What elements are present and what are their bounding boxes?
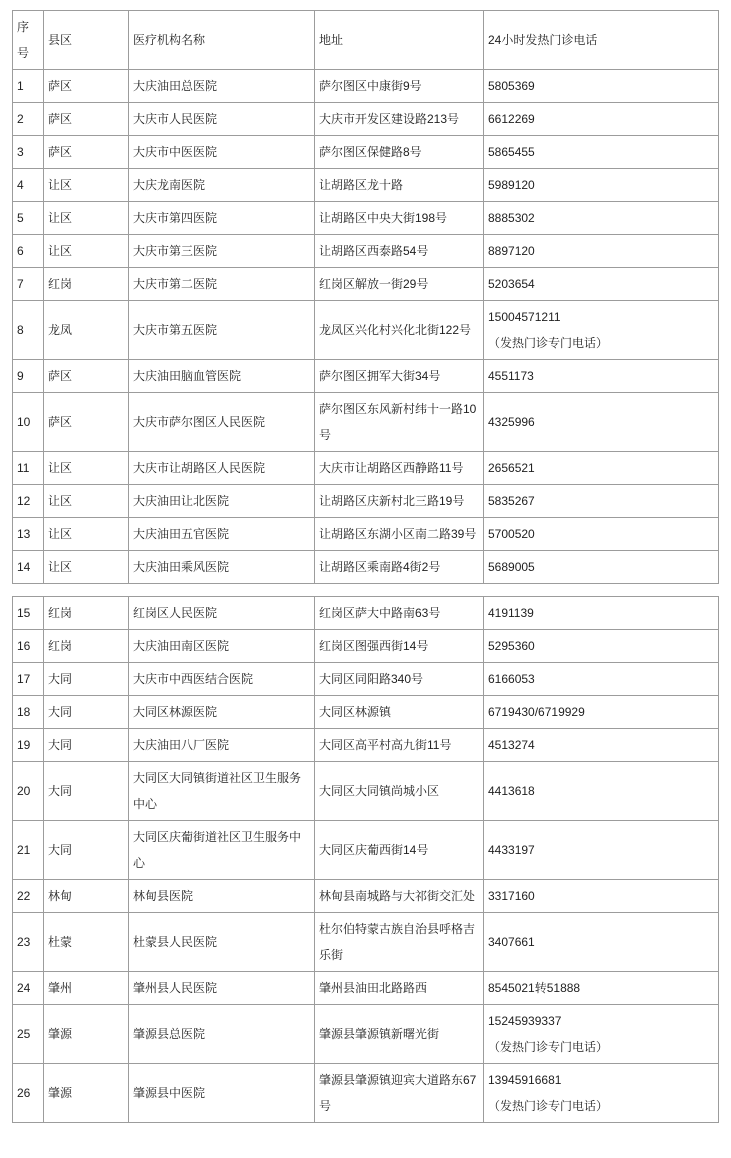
- phone-cell: 13945916681（发热门诊专门电话）: [484, 1064, 719, 1123]
- hospital-name-cell: 大庆油田让北医院: [129, 485, 315, 518]
- district-cell: 林甸: [44, 880, 129, 913]
- address-cell: 萨尔图区保健路8号: [315, 136, 484, 169]
- hospital-name-cell: 大庆市第四医院: [129, 202, 315, 235]
- phone-cell: 6166053: [484, 663, 719, 696]
- address-cell: 大庆市让胡路区西静路11号: [315, 452, 484, 485]
- address-cell: 让胡路区庆新村北三路19号: [315, 485, 484, 518]
- table-row: 18大同大同区林源医院大同区林源镇6719430/6719929: [13, 696, 719, 729]
- district-cell: 让区: [44, 202, 129, 235]
- table-row: 10萨区大庆市萨尔图区人民医院萨尔图区东风新村纬十一路10号4325996: [13, 393, 719, 452]
- hospital-name-cell: 大庆市中医医院: [129, 136, 315, 169]
- table-row: 15红岗红岗区人民医院红岗区萨大中路南63号4191139: [13, 597, 719, 630]
- district-cell: 萨区: [44, 103, 129, 136]
- address-cell: 红岗区解放一街29号: [315, 268, 484, 301]
- phone-cell: 5865455: [484, 136, 719, 169]
- hospital-name-cell: 大庆市让胡路区人民医院: [129, 452, 315, 485]
- phone-cell: 4433197: [484, 821, 719, 880]
- serial-cell: 17: [13, 663, 44, 696]
- serial-cell: 23: [13, 913, 44, 972]
- address-cell: 红岗区萨大中路南63号: [315, 597, 484, 630]
- table-row: 7红岗大庆市第二医院红岗区解放一街29号5203654: [13, 268, 719, 301]
- serial-cell: 25: [13, 1005, 44, 1064]
- fever-clinic-table-lower: 15红岗红岗区人民医院红岗区萨大中路南63号419113916红岗大庆油田南区医…: [12, 596, 719, 1123]
- address-cell: 杜尔伯特蒙古族自治县呼格吉乐街: [315, 913, 484, 972]
- table-row: 23杜蒙杜蒙县人民医院杜尔伯特蒙古族自治县呼格吉乐街3407661: [13, 913, 719, 972]
- hospital-name-cell: 大庆油田乘风医院: [129, 551, 315, 584]
- table-row: 19大同大庆油田八厂医院大同区高平村高九街11号4513274: [13, 729, 719, 762]
- hospital-name-cell: 肇源县中医院: [129, 1064, 315, 1123]
- address-cell: 萨尔图区东风新村纬十一路10号: [315, 393, 484, 452]
- phone-cell: 8897120: [484, 235, 719, 268]
- table-row: 22林甸林甸县医院林甸县南城路与大祁街交汇处3317160: [13, 880, 719, 913]
- serial-cell: 6: [13, 235, 44, 268]
- phone-cell: 3407661: [484, 913, 719, 972]
- phone-number: 15004571211: [488, 304, 714, 330]
- address-cell: 肇源县肇源镇迎宾大道路东67号: [315, 1064, 484, 1123]
- district-cell: 让区: [44, 169, 129, 202]
- address-cell: 红岗区图强西街14号: [315, 630, 484, 663]
- serial-cell: 4: [13, 169, 44, 202]
- phone-cell: 4191139: [484, 597, 719, 630]
- serial-cell: 10: [13, 393, 44, 452]
- table-row: 3萨区大庆市中医医院萨尔图区保健路8号5865455: [13, 136, 719, 169]
- hospital-name-cell: 大庆市第三医院: [129, 235, 315, 268]
- serial-cell: 15: [13, 597, 44, 630]
- serial-cell: 14: [13, 551, 44, 584]
- district-cell: 红岗: [44, 597, 129, 630]
- phone-cell: 5835267: [484, 485, 719, 518]
- address-cell: 大同区大同镇尚城小区: [315, 762, 484, 821]
- hospital-name-cell: 杜蒙县人民医院: [129, 913, 315, 972]
- district-cell: 让区: [44, 235, 129, 268]
- hospital-name-cell: 大庆市第五医院: [129, 301, 315, 360]
- table-row: 5让区大庆市第四医院让胡路区中央大街198号8885302: [13, 202, 719, 235]
- address-cell: 让胡路区乘南路4街2号: [315, 551, 484, 584]
- phone-cell: 6719430/6719929: [484, 696, 719, 729]
- phone-cell: 8545021转51888: [484, 972, 719, 1005]
- table-row: 16红岗大庆油田南区医院红岗区图强西街14号5295360: [13, 630, 719, 663]
- table-row: 2萨区大庆市人民医院大庆市开发区建设路213号6612269: [13, 103, 719, 136]
- serial-cell: 11: [13, 452, 44, 485]
- hospital-name-cell: 大同区庆葡街道社区卫生服务中心: [129, 821, 315, 880]
- fever-clinic-table-upper: 序号 县区 医疗机构名称 地址 24小时发热门诊电话 1萨区大庆油田总医院萨尔图…: [12, 10, 719, 584]
- table-row: 6让区大庆市第三医院让胡路区西泰路54号8897120: [13, 235, 719, 268]
- district-cell: 让区: [44, 551, 129, 584]
- district-cell: 肇源: [44, 1064, 129, 1123]
- table-row: 13让区大庆油田五官医院让胡路区东湖小区南二路39号5700520: [13, 518, 719, 551]
- phone-note: （发热门诊专门电话）: [488, 330, 714, 356]
- hospital-name-cell: 红岗区人民医院: [129, 597, 315, 630]
- hospital-name-cell: 大庆油田总医院: [129, 70, 315, 103]
- address-cell: 大同区林源镇: [315, 696, 484, 729]
- serial-cell: 26: [13, 1064, 44, 1123]
- table-row: 12让区大庆油田让北医院让胡路区庆新村北三路19号5835267: [13, 485, 719, 518]
- phone-cell: 5689005: [484, 551, 719, 584]
- table-row: 20大同大同区大同镇街道社区卫生服务中心大同区大同镇尚城小区4413618: [13, 762, 719, 821]
- address-cell: 萨尔图区中康街9号: [315, 70, 484, 103]
- district-cell: 大同: [44, 663, 129, 696]
- address-cell: 让胡路区中央大街198号: [315, 202, 484, 235]
- district-cell: 大同: [44, 729, 129, 762]
- serial-cell: 21: [13, 821, 44, 880]
- header-serial: 序号: [13, 11, 44, 70]
- hospital-name-cell: 肇州县人民医院: [129, 972, 315, 1005]
- serial-cell: 1: [13, 70, 44, 103]
- header-district: 县区: [44, 11, 129, 70]
- hospital-name-cell: 大同区林源医院: [129, 696, 315, 729]
- phone-cell: 15004571211（发热门诊专门电话）: [484, 301, 719, 360]
- phone-note: （发热门诊专门电话）: [488, 1093, 714, 1119]
- phone-note: （发热门诊专门电话）: [488, 1034, 714, 1060]
- phone-cell: 2656521: [484, 452, 719, 485]
- phone-cell: 4513274: [484, 729, 719, 762]
- table-row: 4让区大庆龙南医院让胡路区龙十路5989120: [13, 169, 719, 202]
- district-cell: 大同: [44, 821, 129, 880]
- table-body-upper: 1萨区大庆油田总医院萨尔图区中康街9号58053692萨区大庆市人民医院大庆市开…: [13, 70, 719, 584]
- serial-cell: 13: [13, 518, 44, 551]
- district-cell: 肇州: [44, 972, 129, 1005]
- address-cell: 让胡路区龙十路: [315, 169, 484, 202]
- district-cell: 让区: [44, 518, 129, 551]
- phone-cell: 15245939337（发热门诊专门电话）: [484, 1005, 719, 1064]
- serial-cell: 7: [13, 268, 44, 301]
- district-cell: 萨区: [44, 360, 129, 393]
- address-cell: 肇源县肇源镇新曙光街: [315, 1005, 484, 1064]
- table-row: 24肇州肇州县人民医院肇州县油田北路路西8545021转51888: [13, 972, 719, 1005]
- table-row: 26肇源肇源县中医院肇源县肇源镇迎宾大道路东67号13945916681（发热门…: [13, 1064, 719, 1123]
- address-cell: 让胡路区东湖小区南二路39号: [315, 518, 484, 551]
- phone-cell: 8885302: [484, 202, 719, 235]
- hospital-name-cell: 大庆油田八厂医院: [129, 729, 315, 762]
- table-row: 17大同大庆市中西医结合医院大同区同阳路340号6166053: [13, 663, 719, 696]
- district-cell: 红岗: [44, 268, 129, 301]
- address-cell: 肇州县油田北路路西: [315, 972, 484, 1005]
- district-cell: 红岗: [44, 630, 129, 663]
- serial-cell: 16: [13, 630, 44, 663]
- table-header: 序号 县区 医疗机构名称 地址 24小时发热门诊电话: [13, 11, 719, 70]
- hospital-name-cell: 肇源县总医院: [129, 1005, 315, 1064]
- hospital-name-cell: 大庆市中西医结合医院: [129, 663, 315, 696]
- serial-cell: 9: [13, 360, 44, 393]
- table-row: 25肇源肇源县总医院肇源县肇源镇新曙光街15245939337（发热门诊专门电话…: [13, 1005, 719, 1064]
- serial-cell: 24: [13, 972, 44, 1005]
- table-body-lower: 15红岗红岗区人民医院红岗区萨大中路南63号419113916红岗大庆油田南区医…: [13, 597, 719, 1123]
- phone-number: 13945916681: [488, 1067, 714, 1093]
- hospital-name-cell: 大同区大同镇街道社区卫生服务中心: [129, 762, 315, 821]
- hospital-name-cell: 大庆油田南区医院: [129, 630, 315, 663]
- serial-cell: 3: [13, 136, 44, 169]
- district-cell: 让区: [44, 452, 129, 485]
- phone-cell: 4325996: [484, 393, 719, 452]
- phone-number: 15245939337: [488, 1008, 714, 1034]
- address-cell: 萨尔图区拥军大街34号: [315, 360, 484, 393]
- district-cell: 大同: [44, 762, 129, 821]
- district-cell: 杜蒙: [44, 913, 129, 972]
- page: 序号 县区 医疗机构名称 地址 24小时发热门诊电话 1萨区大庆油田总医院萨尔图…: [0, 0, 731, 1123]
- serial-cell: 2: [13, 103, 44, 136]
- address-cell: 让胡路区西泰路54号: [315, 235, 484, 268]
- phone-cell: 5700520: [484, 518, 719, 551]
- serial-cell: 8: [13, 301, 44, 360]
- phone-cell: 4551173: [484, 360, 719, 393]
- table-row: 9萨区大庆油田脑血管医院萨尔图区拥军大街34号4551173: [13, 360, 719, 393]
- table-row: 11让区大庆市让胡路区人民医院大庆市让胡路区西静路11号2656521: [13, 452, 719, 485]
- address-cell: 大同区同阳路340号: [315, 663, 484, 696]
- district-cell: 萨区: [44, 136, 129, 169]
- serial-cell: 5: [13, 202, 44, 235]
- phone-cell: 6612269: [484, 103, 719, 136]
- header-hospital-name: 医疗机构名称: [129, 11, 315, 70]
- address-cell: 大同区高平村高九街11号: [315, 729, 484, 762]
- table-row: 1萨区大庆油田总医院萨尔图区中康街9号5805369: [13, 70, 719, 103]
- district-cell: 萨区: [44, 70, 129, 103]
- serial-cell: 22: [13, 880, 44, 913]
- table-row: 8龙凤大庆市第五医院龙凤区兴化村兴化北街122号15004571211（发热门诊…: [13, 301, 719, 360]
- serial-cell: 20: [13, 762, 44, 821]
- table-row: 14让区大庆油田乘风医院让胡路区乘南路4街2号5689005: [13, 551, 719, 584]
- hospital-name-cell: 大庆市萨尔图区人民医院: [129, 393, 315, 452]
- table-row: 21大同大同区庆葡街道社区卫生服务中心大同区庆葡西街14号4433197: [13, 821, 719, 880]
- serial-cell: 12: [13, 485, 44, 518]
- hospital-name-cell: 大庆市第二医院: [129, 268, 315, 301]
- header-row: 序号 县区 医疗机构名称 地址 24小时发热门诊电话: [13, 11, 719, 70]
- phone-cell: 5295360: [484, 630, 719, 663]
- hospital-name-cell: 大庆油田脑血管医院: [129, 360, 315, 393]
- hospital-name-cell: 林甸县医院: [129, 880, 315, 913]
- hospital-name-cell: 大庆市人民医院: [129, 103, 315, 136]
- district-cell: 肇源: [44, 1005, 129, 1064]
- district-cell: 让区: [44, 485, 129, 518]
- phone-cell: 5203654: [484, 268, 719, 301]
- address-cell: 龙凤区兴化村兴化北街122号: [315, 301, 484, 360]
- address-cell: 林甸县南城路与大祁街交汇处: [315, 880, 484, 913]
- phone-cell: 3317160: [484, 880, 719, 913]
- phone-cell: 5805369: [484, 70, 719, 103]
- hospital-name-cell: 大庆龙南医院: [129, 169, 315, 202]
- address-cell: 大同区庆葡西街14号: [315, 821, 484, 880]
- address-cell: 大庆市开发区建设路213号: [315, 103, 484, 136]
- header-address: 地址: [315, 11, 484, 70]
- district-cell: 龙凤: [44, 301, 129, 360]
- phone-cell: 4413618: [484, 762, 719, 821]
- district-cell: 萨区: [44, 393, 129, 452]
- district-cell: 大同: [44, 696, 129, 729]
- serial-cell: 18: [13, 696, 44, 729]
- phone-cell: 5989120: [484, 169, 719, 202]
- header-phone: 24小时发热门诊电话: [484, 11, 719, 70]
- hospital-name-cell: 大庆油田五官医院: [129, 518, 315, 551]
- serial-cell: 19: [13, 729, 44, 762]
